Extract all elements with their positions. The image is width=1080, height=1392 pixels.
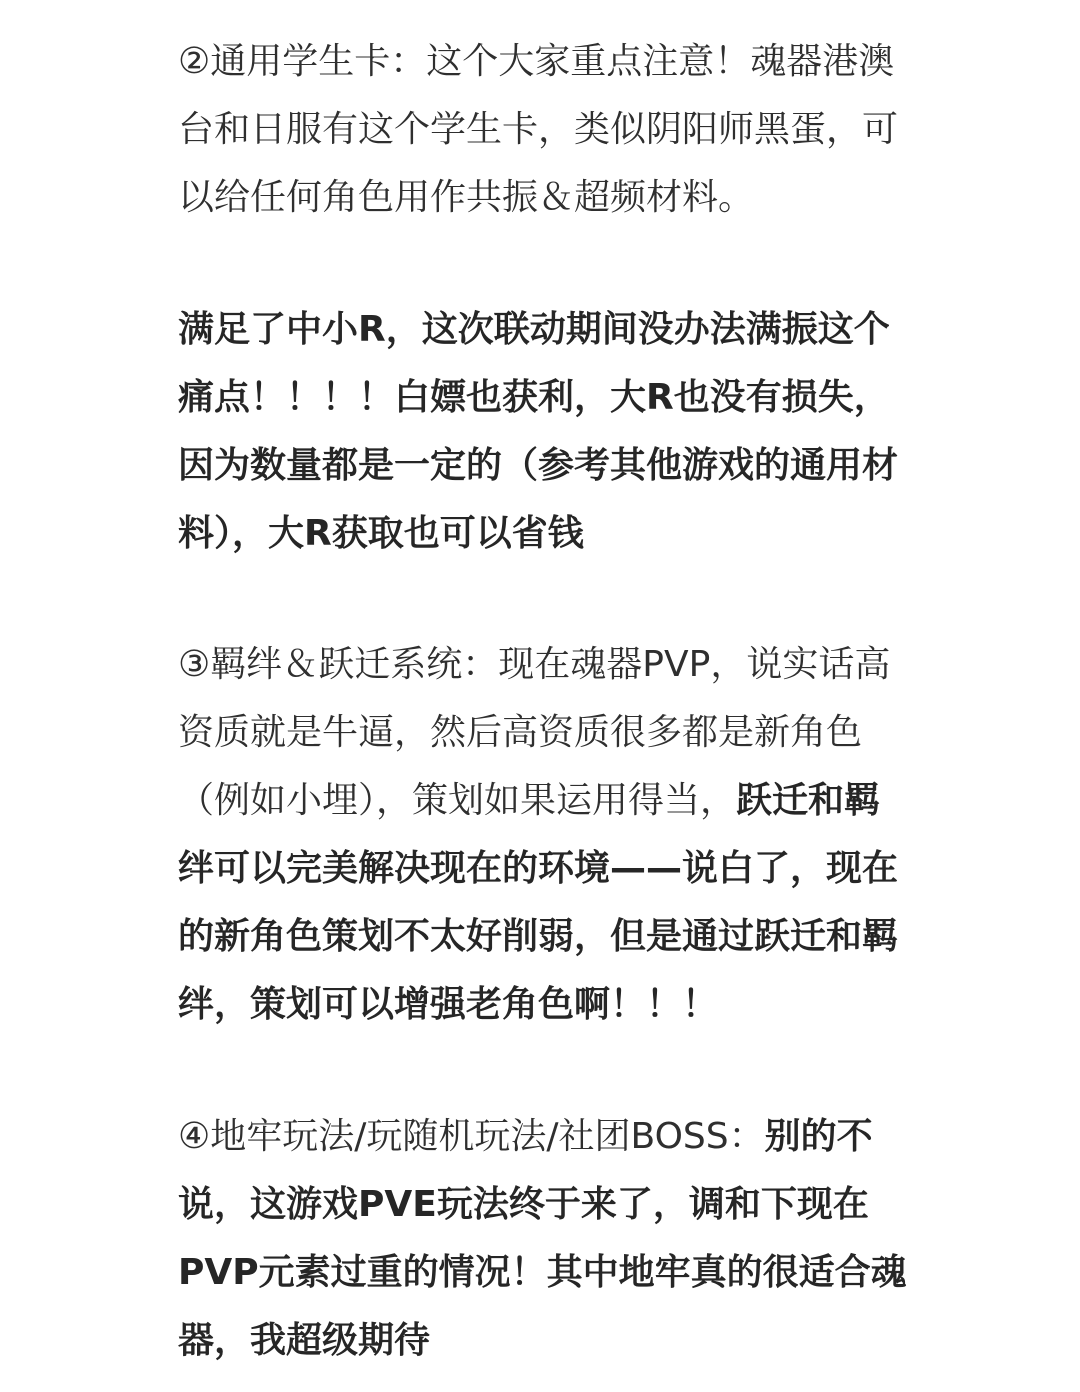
- text-segment: ④地牢玩法/玩随机玩法/社团BOSS：: [178, 1116, 765, 1157]
- text-line: 的新角色策划不太好削弱，但是通过跃迁和羁: [178, 903, 1028, 971]
- bold-text-segment: 痛点！！！！白嫖也获利，大R也没有损失，: [178, 377, 890, 418]
- text-segment: ②通用学生卡：这个大家重点注意！魂器港澳: [178, 41, 894, 82]
- text-line: ④地牢玩法/玩随机玩法/社团BOSS：别的不: [178, 1103, 1028, 1171]
- text-line: ③羁绊＆跃迁系统：现在魂器PVP，说实话高: [178, 631, 1028, 699]
- text-segment: 资质就是牛逼，然后高资质很多都是新角色: [178, 712, 862, 753]
- text-line: 痛点！！！！白嫖也获利，大R也没有损失，: [178, 364, 1028, 432]
- bold-text-segment: 料），大R获取也可以省钱: [178, 513, 584, 554]
- text-line: 料），大R获取也可以省钱: [178, 500, 1028, 568]
- text-line: （例如小埋），策划如果运用得当，跃迁和羁: [178, 767, 1028, 835]
- text-segment: ③羁绊＆跃迁系统：现在魂器PVP，说实话高: [178, 644, 890, 685]
- text-line: ②通用学生卡：这个大家重点注意！魂器港澳: [178, 28, 1028, 96]
- bold-text-segment: 说，这游戏PVE玩法终于来了，调和下现在: [178, 1184, 869, 1225]
- text-line: 满足了中小R，这次联动期间没办法满振这个: [178, 296, 1028, 364]
- bold-text-segment: PVP元素过重的情况！其中地牢真的很适合魂: [178, 1252, 907, 1293]
- bold-text-segment: 绊可以完美解决现在的环境——说白了，现在: [178, 848, 898, 889]
- text-line: PVP元素过重的情况！其中地牢真的很适合魂: [178, 1239, 1028, 1307]
- text-line: 器，我超级期待: [178, 1307, 1028, 1375]
- paragraph-student-card-benefits: 满足了中小R，这次联动期间没办法满振这个痛点！！！！白嫖也获利，大R也没有损失，…: [178, 296, 1028, 568]
- text-line: 以给任何角色用作共振＆超频材料。: [178, 164, 1028, 232]
- text-segment: 台和日服有这个学生卡，类似阴阳师黑蛋，可: [178, 109, 898, 150]
- text-line: 说，这游戏PVE玩法终于来了，调和下现在: [178, 1171, 1028, 1239]
- bold-text-segment: 因为数量都是一定的（参考其他游戏的通用材: [178, 445, 898, 486]
- bold-text-segment: 绊，策划可以增强老角色啊！！！: [178, 984, 718, 1025]
- bold-text-segment: 满足了中小R，这次联动期间没办法满振这个: [178, 309, 890, 350]
- paragraph-dungeon-gameplay: ④地牢玩法/玩随机玩法/社团BOSS：别的不说，这游戏PVE玩法终于来了，调和下…: [178, 1103, 1028, 1375]
- bold-text-segment: 别的不: [765, 1116, 873, 1157]
- text-line: 因为数量都是一定的（参考其他游戏的通用材: [178, 432, 1028, 500]
- text-line: 台和日服有这个学生卡，类似阴阳师黑蛋，可: [178, 96, 1028, 164]
- text-line: 绊，策划可以增强老角色啊！！！: [178, 971, 1028, 1039]
- paragraph-student-card: ②通用学生卡：这个大家重点注意！魂器港澳台和日服有这个学生卡，类似阴阳师黑蛋，可…: [178, 28, 1028, 232]
- text-line: 绊可以完美解决现在的环境——说白了，现在: [178, 835, 1028, 903]
- bold-text-segment: 器，我超级期待: [178, 1320, 430, 1361]
- text-line: 资质就是牛逼，然后高资质很多都是新角色: [178, 699, 1028, 767]
- bold-text-segment: 跃迁和羁: [736, 780, 880, 821]
- paragraph-bond-and-transition-system: ③羁绊＆跃迁系统：现在魂器PVP，说实话高资质就是牛逼，然后高资质很多都是新角色…: [178, 631, 1028, 1039]
- text-segment: （例如小埋），策划如果运用得当，: [178, 780, 736, 821]
- text-segment: 以给任何角色用作共振＆超频材料。: [178, 177, 754, 218]
- bold-text-segment: 的新角色策划不太好削弱，但是通过跃迁和羁: [178, 916, 898, 957]
